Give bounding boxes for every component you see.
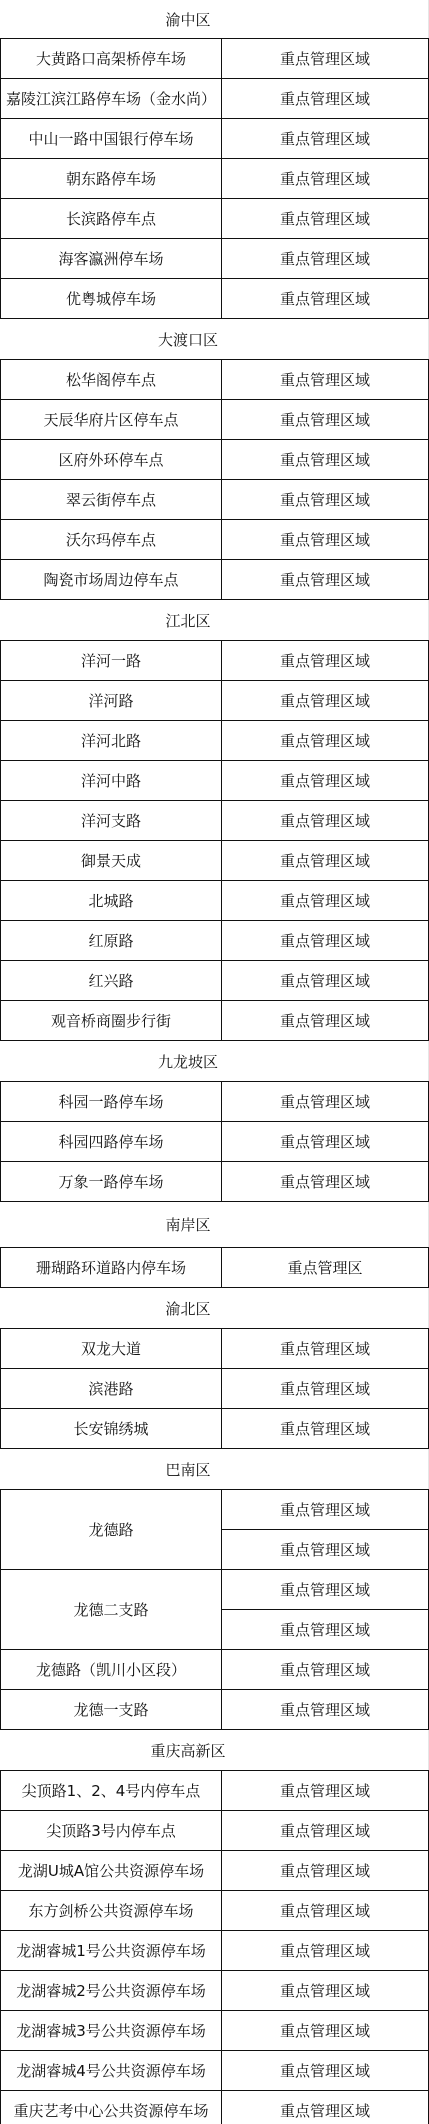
table-row: 天辰华府片区停车点重点管理区域 [1,400,429,440]
category-cell: 重点管理区域 [222,1771,429,1811]
table-row: 重庆艺考中心公共资源停车场重点管理区域 [1,2091,429,2124]
category-cell: 重点管理区域 [222,841,429,881]
category-cell: 重点管理区域 [222,761,429,801]
district-table: 松华阁停车点重点管理区域 天辰华府片区停车点重点管理区域 区府外环停车点重点管理… [0,359,429,600]
category-cell: 重点管理区域 [222,1610,429,1650]
location-cell: 东方剑桥公共资源停车场 [1,1891,222,1931]
category-cell: 重点管理区域 [222,1122,429,1162]
table-row: 观音桥商圈步行街重点管理区域 [1,1001,429,1041]
location-cell: 龙德路（凯川小区段） [1,1650,222,1690]
table-row: 松华阁停车点重点管理区域 [1,360,429,400]
district-table: 珊瑚路环道路内停车场重点管理区 [0,1247,429,1288]
category-cell: 重点管理区域 [222,440,429,480]
district-table: 尖顶路1、2、4号内停车点重点管理区域 尖顶路3号内停车点重点管理区域 龙湖U城… [0,1770,429,2124]
category-cell: 重点管理区域 [222,79,429,119]
category-cell: 重点管理区域 [222,360,429,400]
category-cell: 重点管理区域 [222,961,429,1001]
category-cell: 重点管理区域 [222,681,429,721]
category-cell: 重点管理区域 [222,279,429,319]
location-cell: 科园一路停车场 [1,1082,222,1122]
table-row: 洋河一路重点管理区域 [1,641,429,681]
table-row: 御景天成重点管理区域 [1,841,429,881]
district-header: 大渡口区 [0,319,429,359]
table-row: 陶瓷市场周边停车点重点管理区域 [1,560,429,600]
location-cell: 万象一路停车场 [1,1162,222,1202]
location-cell: 尖顶路3号内停车点 [1,1811,222,1851]
table-row: 翠云街停车点重点管理区域 [1,480,429,520]
table-row: 中山一路中国银行停车场重点管理区域 [1,119,429,159]
district-header: 南岸区 [0,1202,429,1247]
category-cell: 重点管理区域 [222,39,429,79]
category-cell: 重点管理区域 [222,1891,429,1931]
category-cell: 重点管理区域 [222,1851,429,1891]
category-cell: 重点管理区 [222,1248,429,1288]
location-cell: 长安锦绣城 [1,1409,222,1449]
district-header: 重庆高新区 [0,1730,429,1770]
category-cell: 重点管理区域 [222,1971,429,2011]
location-cell: 海客瀛洲停车场 [1,239,222,279]
table-row: 嘉陵江滨江路停车场（金水尚）重点管理区域 [1,79,429,119]
category-cell: 重点管理区域 [222,400,429,440]
table-row: 洋河支路重点管理区域 [1,801,429,841]
district-table: 洋河一路重点管理区域 洋河路重点管理区域 洋河北路重点管理区域 洋河中路重点管理… [0,640,429,1041]
location-cell: 龙湖睿城2号公共资源停车场 [1,1971,222,2011]
table-row: 科园一路停车场重点管理区域 [1,1082,429,1122]
category-cell: 重点管理区域 [222,1811,429,1851]
category-cell: 重点管理区域 [222,2091,429,2124]
location-cell: 龙湖睿城4号公共资源停车场 [1,2051,222,2091]
category-cell: 重点管理区域 [222,801,429,841]
location-cell: 沃尔玛停车点 [1,520,222,560]
location-cell: 大黄路口高架桥停车场 [1,39,222,79]
location-cell: 北城路 [1,881,222,921]
category-cell: 重点管理区域 [222,480,429,520]
location-cell: 嘉陵江滨江路停车场（金水尚） [1,79,222,119]
location-cell: 观音桥商圈步行街 [1,1001,222,1041]
location-cell: 优粤城停车场 [1,279,222,319]
table-row: 龙德二支路重点管理区域 [1,1570,429,1610]
table-row: 龙湖睿城4号公共资源停车场重点管理区域 [1,2051,429,2091]
district-table: 龙德路重点管理区域 重点管理区域 龙德二支路重点管理区域 重点管理区域 龙德路（… [0,1489,429,1730]
category-cell: 重点管理区域 [222,1690,429,1730]
table-row: 龙德一支路重点管理区域 [1,1690,429,1730]
category-cell: 重点管理区域 [222,119,429,159]
location-cell: 中山一路中国银行停车场 [1,119,222,159]
location-cell: 天辰华府片区停车点 [1,400,222,440]
location-cell: 陶瓷市场周边停车点 [1,560,222,600]
category-cell: 重点管理区域 [222,1931,429,1971]
category-cell: 重点管理区域 [222,520,429,560]
category-cell: 重点管理区域 [222,1490,429,1530]
category-cell: 重点管理区域 [222,921,429,961]
location-cell: 重庆艺考中心公共资源停车场 [1,2091,222,2124]
table-row: 龙湖睿城3号公共资源停车场重点管理区域 [1,2011,429,2051]
location-cell-merged: 龙德路 [1,1490,222,1570]
parking-area-list: 渝中区 大黄路口高架桥停车场重点管理区域 嘉陵江滨江路停车场（金水尚）重点管理区… [0,0,429,2124]
table-row: 洋河路重点管理区域 [1,681,429,721]
table-row: 龙德路重点管理区域 [1,1490,429,1530]
table-row: 龙湖U城A馆公共资源停车场重点管理区域 [1,1851,429,1891]
location-cell: 翠云街停车点 [1,480,222,520]
location-cell: 龙湖睿城1号公共资源停车场 [1,1931,222,1971]
district-table: 双龙大道重点管理区域 滨港路重点管理区域 长安锦绣城重点管理区域 [0,1328,429,1449]
location-cell: 松华阁停车点 [1,360,222,400]
category-cell: 重点管理区域 [222,1650,429,1690]
location-cell: 珊瑚路环道路内停车场 [1,1248,222,1288]
table-row: 尖顶路3号内停车点重点管理区域 [1,1811,429,1851]
district-table: 大黄路口高架桥停车场重点管理区域 嘉陵江滨江路停车场（金水尚）重点管理区域 中山… [0,38,429,319]
table-row: 科园四路停车场重点管理区域 [1,1122,429,1162]
location-cell: 龙德一支路 [1,1690,222,1730]
category-cell: 重点管理区域 [222,159,429,199]
table-row: 优粤城停车场重点管理区域 [1,279,429,319]
category-cell: 重点管理区域 [222,1329,429,1369]
table-row: 红原路重点管理区域 [1,921,429,961]
table-row: 海客瀛洲停车场重点管理区域 [1,239,429,279]
table-row: 沃尔玛停车点重点管理区域 [1,520,429,560]
category-cell: 重点管理区域 [222,199,429,239]
table-row: 长安锦绣城重点管理区域 [1,1409,429,1449]
district-table: 科园一路停车场重点管理区域 科园四路停车场重点管理区域 万象一路停车场重点管理区… [0,1081,429,1202]
category-cell: 重点管理区域 [222,1530,429,1570]
location-cell: 区府外环停车点 [1,440,222,480]
table-row: 珊瑚路环道路内停车场重点管理区 [1,1248,429,1288]
location-cell: 红兴路 [1,961,222,1001]
table-row: 长滨路停车点重点管理区域 [1,199,429,239]
category-cell: 重点管理区域 [222,881,429,921]
table-row: 朝东路停车场重点管理区域 [1,159,429,199]
location-cell-merged: 龙德二支路 [1,1570,222,1650]
category-cell: 重点管理区域 [222,721,429,761]
table-row: 北城路重点管理区域 [1,881,429,921]
category-cell: 重点管理区域 [222,1369,429,1409]
location-cell: 滨港路 [1,1369,222,1409]
table-row: 东方剑桥公共资源停车场重点管理区域 [1,1891,429,1931]
location-cell: 龙湖U城A馆公共资源停车场 [1,1851,222,1891]
category-cell: 重点管理区域 [222,1570,429,1610]
category-cell: 重点管理区域 [222,560,429,600]
category-cell: 重点管理区域 [222,239,429,279]
table-row: 双龙大道重点管理区域 [1,1329,429,1369]
table-row: 滨港路重点管理区域 [1,1369,429,1409]
location-cell: 科园四路停车场 [1,1122,222,1162]
district-header: 巴南区 [0,1449,429,1489]
category-cell: 重点管理区域 [222,1162,429,1202]
table-row: 万象一路停车场重点管理区域 [1,1162,429,1202]
location-cell: 洋河路 [1,681,222,721]
category-cell: 重点管理区域 [222,1409,429,1449]
location-cell: 洋河一路 [1,641,222,681]
table-row: 龙湖睿城2号公共资源停车场重点管理区域 [1,1971,429,2011]
category-cell: 重点管理区域 [222,1001,429,1041]
location-cell: 长滨路停车点 [1,199,222,239]
table-row: 大黄路口高架桥停车场重点管理区域 [1,39,429,79]
category-cell: 重点管理区域 [222,641,429,681]
category-cell: 重点管理区域 [222,2011,429,2051]
location-cell: 尖顶路1、2、4号内停车点 [1,1771,222,1811]
district-header: 渝北区 [0,1288,429,1328]
location-cell: 朝东路停车场 [1,159,222,199]
category-cell: 重点管理区域 [222,2051,429,2091]
location-cell: 红原路 [1,921,222,961]
district-header: 江北区 [0,600,429,640]
table-row: 红兴路重点管理区域 [1,961,429,1001]
table-row: 洋河中路重点管理区域 [1,761,429,801]
location-cell: 洋河中路 [1,761,222,801]
district-header: 九龙坡区 [0,1041,429,1081]
table-row: 龙德路（凯川小区段）重点管理区域 [1,1650,429,1690]
table-row: 洋河北路重点管理区域 [1,721,429,761]
table-row: 区府外环停车点重点管理区域 [1,440,429,480]
location-cell: 御景天成 [1,841,222,881]
table-row: 尖顶路1、2、4号内停车点重点管理区域 [1,1771,429,1811]
location-cell: 洋河北路 [1,721,222,761]
location-cell: 洋河支路 [1,801,222,841]
location-cell: 双龙大道 [1,1329,222,1369]
table-row: 龙湖睿城1号公共资源停车场重点管理区域 [1,1931,429,1971]
category-cell: 重点管理区域 [222,1082,429,1122]
district-header: 渝中区 [0,0,429,38]
location-cell: 龙湖睿城3号公共资源停车场 [1,2011,222,2051]
